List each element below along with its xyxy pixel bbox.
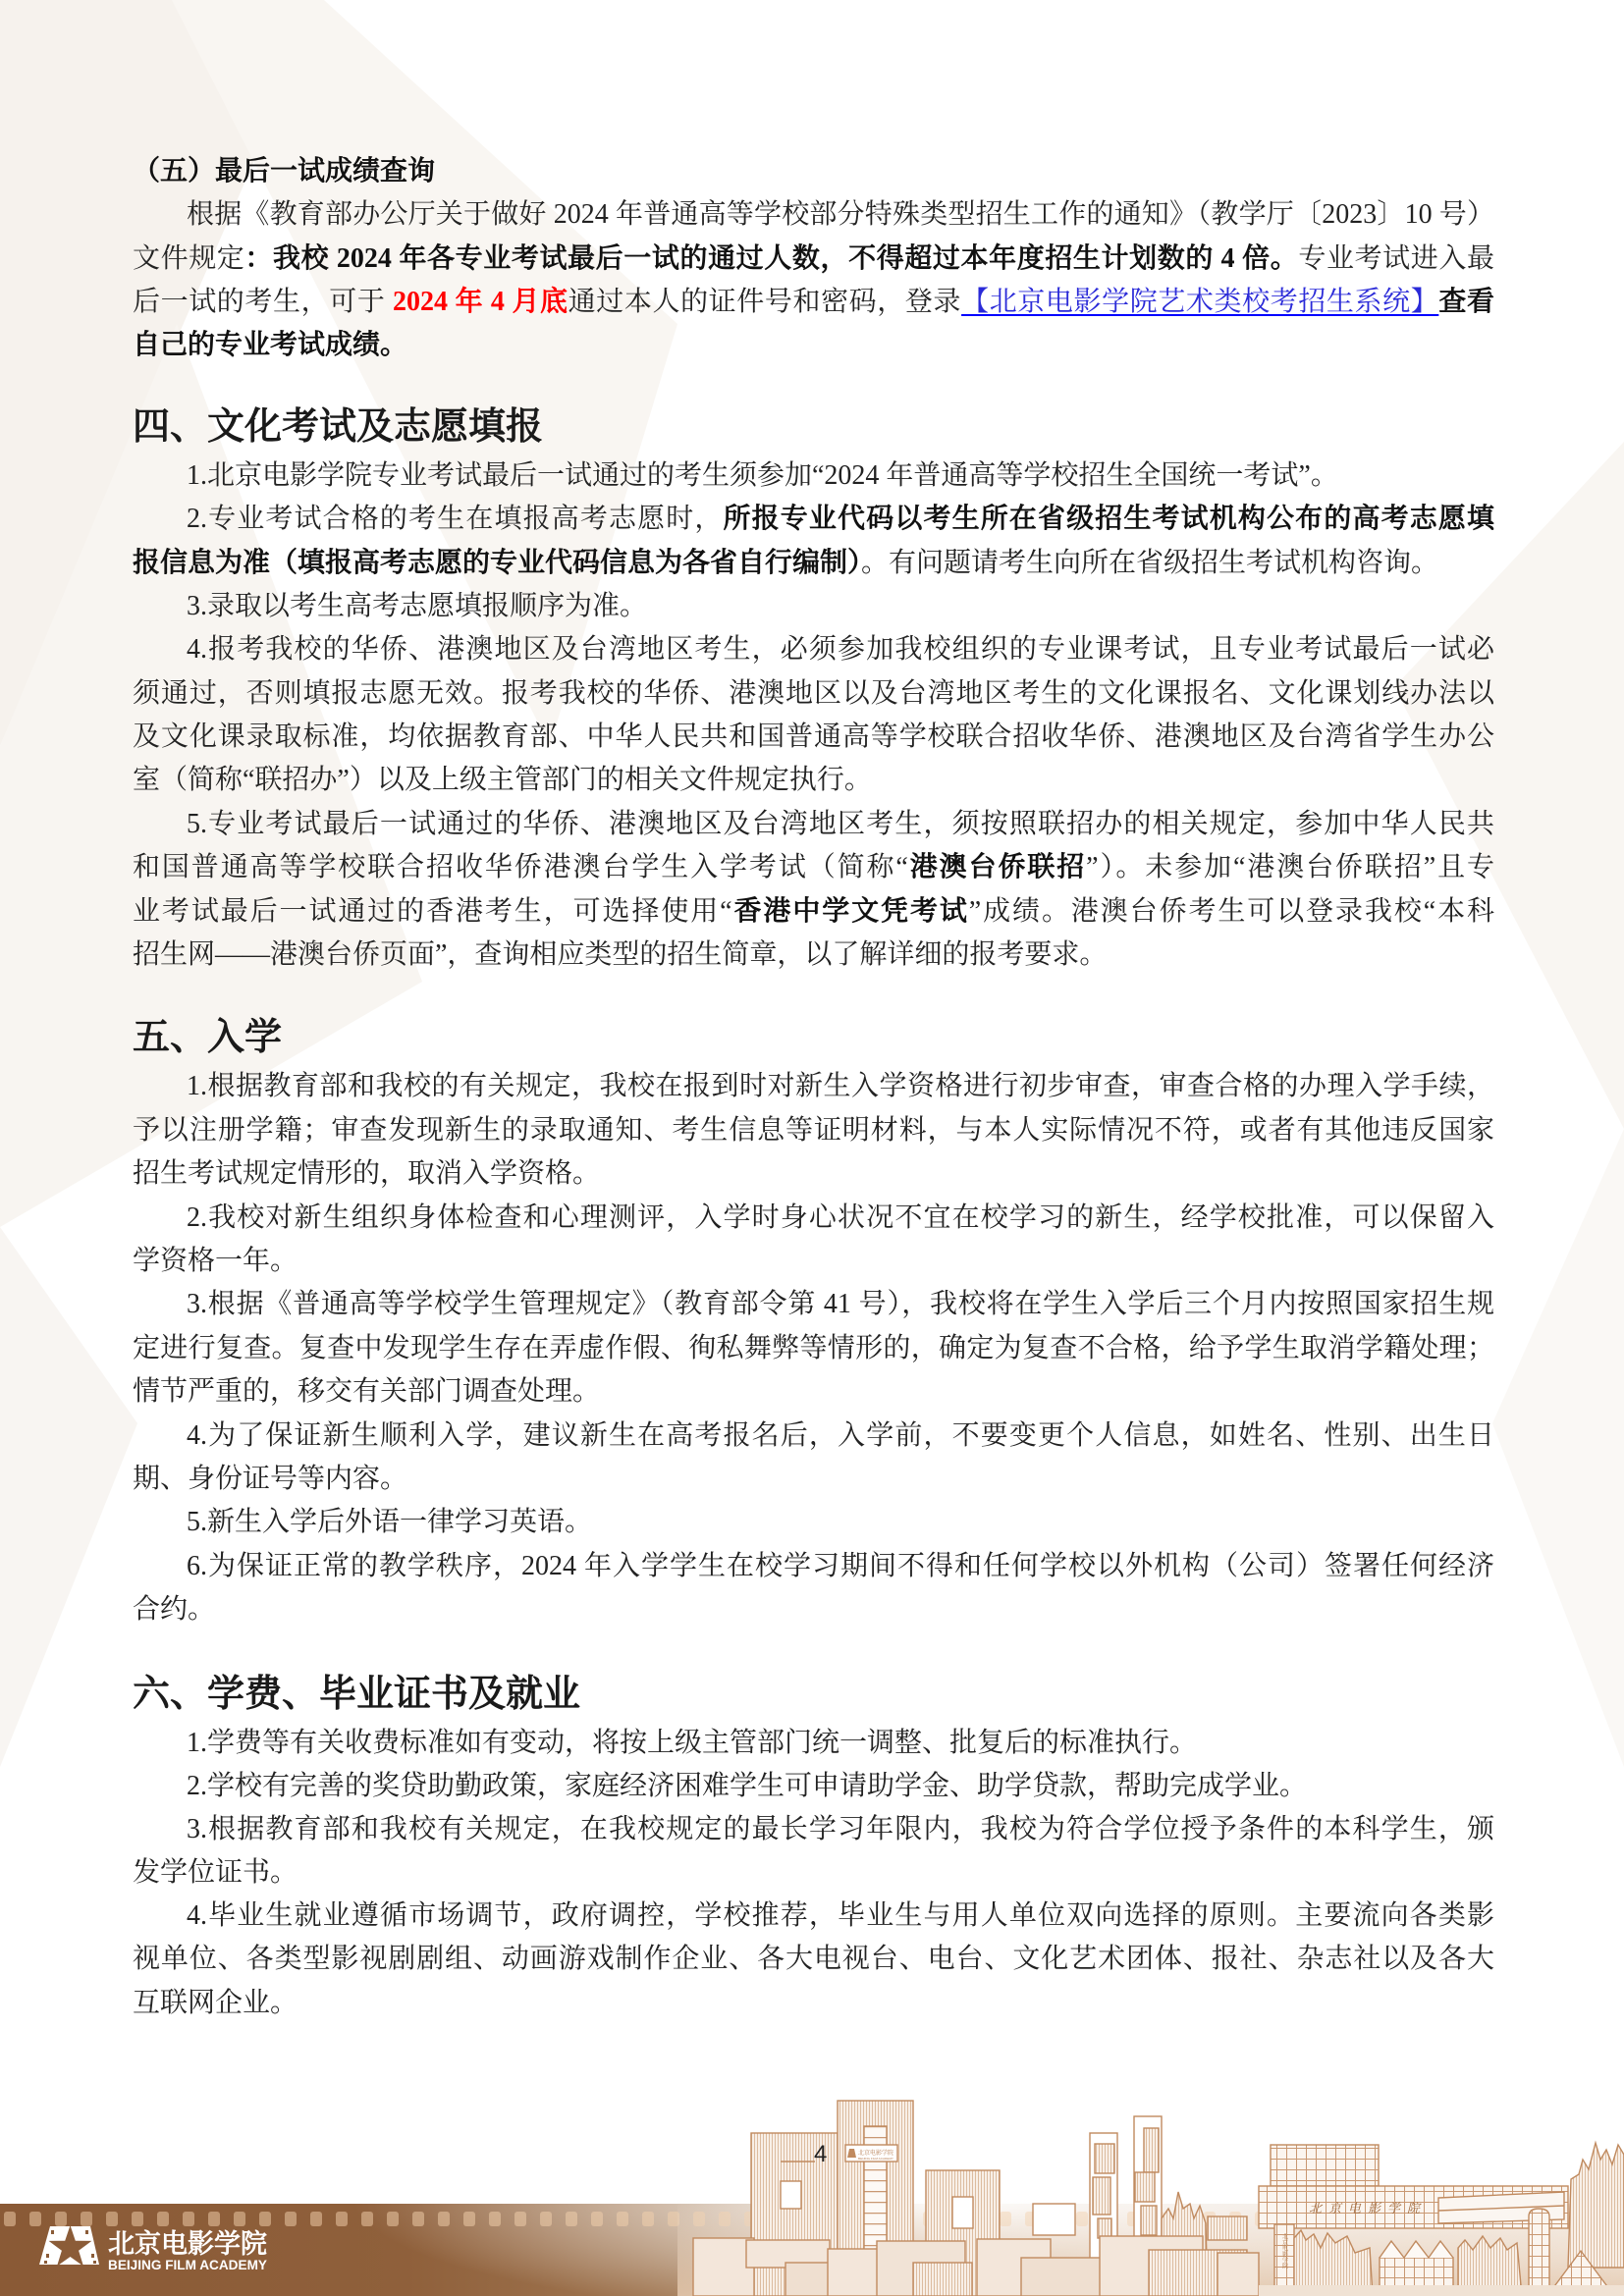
text-segment: 须通过，否则填报志愿无效。报考我校的华侨、港澳地区以及台湾地区考生的文化课报名、… bbox=[133, 678, 1494, 709]
paragraph: 5.专业考试最后一试通过的华侨、港澳地区及台湾地区考生，须按照联招办的相关规定，… bbox=[133, 803, 1494, 978]
logo-name-chinese: 北京电影学院 bbox=[108, 2228, 267, 2260]
text-segment: 2.专业考试合格的考生在填报高考志愿时， bbox=[187, 504, 724, 534]
text-line: 3.根据《普通高等学校学生管理规定》（教育部令第 41 号），我校将在学生入学后… bbox=[133, 1283, 1494, 1326]
bold-text: 查看 bbox=[1438, 287, 1494, 317]
red-emphasis-date: 2024 年 4 月底 bbox=[393, 287, 568, 317]
text-line: 发学位证书。 bbox=[133, 1851, 1494, 1895]
text-segment: 4.报考我校的华侨、港澳地区及台湾地区考生，必须参加我校组织的专业课考试，且专业… bbox=[187, 634, 1494, 665]
building-window bbox=[781, 2181, 801, 2209]
greenhouse bbox=[1380, 2258, 1453, 2287]
text-segment: 招生考试规定情形的，取消入学资格。 bbox=[133, 1158, 600, 1189]
text-line: 报信息为准（填报高考志愿的专业代码信息为各省自行编制）。有问题请考生向所在省级招… bbox=[133, 542, 1494, 585]
footer-banner: 北京电影学院 BEIJING FILM ACADEMY 北京电影学院 BEIJI… bbox=[0, 2061, 1624, 2296]
paragraph: 1.北京电影学院专业考试最后一试通过的考生须参加“2024 年普通高等学校招生全… bbox=[133, 454, 1494, 498]
text-segment: 。有问题请考生向所在省级招生考试机构咨询。 bbox=[861, 548, 1438, 578]
text-segment: 室（简称“联招办”）以及上级主管部门的相关文件规定执行。 bbox=[133, 765, 872, 795]
text-segment: 4.毕业生就业遵循市场调节，政府调控，学校推荐，毕业生与用人单位双向选择的原则。… bbox=[187, 1900, 1494, 1931]
gate-top-block bbox=[1271, 2145, 1379, 2186]
text-line: 情节严重的，移交有关部门调查处理。 bbox=[133, 1370, 1494, 1414]
text-segment: 视单位、各类型影视剧剧组、动画游戏制作企业、各大电视台、电台、文化艺术团体、报社… bbox=[133, 1944, 1494, 1974]
text-line: 5.新生入学后外语一律学习英语。 bbox=[133, 1501, 1494, 1544]
section-culture-exam-and-application: 四、文化考试及志愿填报 1.北京电影学院专业考试最后一试通过的考生须参加“202… bbox=[133, 400, 1494, 978]
gate-right-pillar bbox=[1529, 2209, 1549, 2296]
text-line: 及文化课录取标准，均依据教育部、中华人民共和国普通高等学校联合招收华侨、港澳地区… bbox=[133, 716, 1494, 759]
text-line: 须通过，否则填报志愿无效。报考我校的华侨、港澳地区以及台湾地区考生的文化课报名、… bbox=[133, 672, 1494, 716]
paragraph: 3.根据《普通高等学校学生管理规定》（教育部令第 41 号），我校将在学生入学后… bbox=[133, 1283, 1494, 1414]
text-segment: 情节严重的，移交有关部门调查处理。 bbox=[133, 1376, 600, 1407]
campus-skyline-illustration: 北京电影学院 BEIJING FILM ACADEMY 北京电影学院 bbox=[677, 2101, 1624, 2296]
text-segment: 期、身份证号等内容。 bbox=[133, 1464, 407, 1494]
text-line: 予以注册学籍；审查发现新生的录取通知、考生信息等证明材料，与本人实际情况不符，或… bbox=[133, 1109, 1494, 1152]
text-segment: 5.专业考试最后一试通过的华侨、港澳地区及台湾地区考生，须按照联招办的相关规定，… bbox=[187, 809, 1494, 839]
page-number: 4 bbox=[814, 2141, 827, 2168]
text-line: 4.报考我校的华侨、港澳地区及台湾地区考生，必须参加我校组织的专业课考试，且专业… bbox=[133, 628, 1494, 671]
text-segment: 4.为了保证新生顺利入学，建议新生在高考报名后，入学前，不要变更个人信息，如姓名… bbox=[187, 1420, 1494, 1451]
paragraph: 3.录取以考生高考志愿填报顺序为准。 bbox=[133, 585, 1494, 628]
text-line: 5.专业考试最后一试通过的华侨、港澳地区及台湾地区考生，须按照联招办的相关规定，… bbox=[133, 803, 1494, 846]
text-segment: 和国普通高等学校联合招收华侨港澳台学生入学考试（简称“ bbox=[133, 852, 908, 882]
text-line: 定进行复查。复查中发现学生存在弄虚作假、徇私舞弊等情形的，确定为复查不合格，给予… bbox=[133, 1327, 1494, 1370]
building-window bbox=[952, 2197, 973, 2228]
text-segment: 文件规定 bbox=[133, 243, 244, 274]
text-segment: 及文化课录取标准，均依据教育部、中华人民共和国普通高等学校联合招收华侨、港澳地区… bbox=[133, 721, 1494, 752]
text-line: 2.专业考试合格的考生在填报高考志愿时，所报专业代码以考生所在省级招生考试机构公… bbox=[133, 498, 1494, 541]
section-heading: 六、学费、毕业证书及就业 bbox=[133, 1667, 1494, 1722]
text-segment: 2.我校对新生组织身体检查和心理测评，入学时身心状况不宜在校学习的新生，经学校批… bbox=[187, 1202, 1494, 1233]
text-line: 3.根据教育部和我校有关规定，在我校规定的最长学习年限内，我校为符合学位授予条件… bbox=[133, 1808, 1494, 1851]
section-enrollment: 五、入学 1.根据教育部和我校的有关规定，我校在报到时对新生入学资格进行初步审查… bbox=[133, 1010, 1494, 1631]
section-final-round-results: （五）最后一试成绩查询 根据《教育部办公厅关于做好 2024 年普通高等学校部分… bbox=[133, 150, 1494, 368]
bg-triangle bbox=[0, 1227, 137, 1767]
gate-calligraphy-sign: 北京电影学院 bbox=[1309, 2201, 1427, 2216]
text-line: 1.学费等有关收费标准如有变动，将按上级主管部门统一调整、批复后的标准执行。 bbox=[133, 1722, 1494, 1765]
text-line: 期、身份证号等内容。 bbox=[133, 1458, 1494, 1501]
text-segment: 业考试最后一试通过的香港考生，可选择使用“ bbox=[133, 896, 732, 927]
text-line: 4.毕业生就业遵循市场调节，政府调控，学校推荐，毕业生与用人单位双向选择的原则。… bbox=[133, 1895, 1494, 1938]
text-segment: 根据《教育部办公厅关于做好 2024 年普通高等学校部分特殊类型招生工作的通知》… bbox=[187, 199, 1494, 230]
logo-name-english: BEIJING FILM ACADEMY bbox=[108, 2257, 268, 2272]
text-segment: 互联网企业。 bbox=[133, 1988, 298, 2018]
bold-text: ：我校 2024 年各专业考试最后一试的通过人数，不得超过本年度招生计划数的 4… bbox=[244, 243, 1298, 274]
text-segment: ”成绩。港澳台侨考生可以登录我校“本科 bbox=[969, 896, 1494, 927]
text-segment: ”）。未参加“港澳台侨联招”且专 bbox=[1086, 852, 1494, 882]
building-box bbox=[1033, 2204, 1075, 2235]
text-line: 招生考试规定情形的，取消入学资格。 bbox=[133, 1152, 1494, 1196]
section-heading: 五、入学 bbox=[133, 1010, 1494, 1065]
bold-text: 港澳台侨联招 bbox=[908, 852, 1086, 882]
text-line: 文件规定：我校 2024 年各专业考试最后一试的通过人数，不得超过本年度招生计划… bbox=[133, 238, 1494, 281]
text-segment: 3.根据《普通高等学校学生管理规定》（教育部令第 41 号），我校将在学生入学后… bbox=[187, 1289, 1494, 1319]
text-line: 2.我校对新生组织身体检查和心理测评，入学时身心状况不宜在校学习的新生，经学校批… bbox=[133, 1197, 1494, 1240]
greenhouse-roof bbox=[1380, 2241, 1453, 2258]
paragraph: 1.学费等有关收费标准如有变动，将按上级主管部门统一调整、批复后的标准执行。 bbox=[133, 1722, 1494, 1765]
text-line: 学资格一年。 bbox=[133, 1240, 1494, 1283]
paragraph: 4.毕业生就业遵循市场调节，政府调控，学校推荐，毕业生与用人单位双向选择的原则。… bbox=[133, 1895, 1494, 2025]
text-segment: 学资格一年。 bbox=[133, 1246, 298, 1276]
paragraph: 2.学校有完善的奖贷助勤政策，家庭经济困难学生可申请助学金、助学贷款，帮助完成学… bbox=[133, 1765, 1494, 1808]
building-sign-english: BEIJING FILM ACADEMY bbox=[858, 2157, 893, 2161]
text-line: 自己的专业考试成绩。 bbox=[133, 324, 1494, 367]
text-segment: 招生网——港澳台侨页面”，查询相应类型的招生简章，以了解详细的报考要求。 bbox=[133, 939, 1107, 970]
paragraph: 5.新生入学后外语一律学习英语。 bbox=[133, 1501, 1494, 1544]
text-segment: 通过本人的证件号和密码，登录 bbox=[568, 287, 961, 317]
text-line: 1.北京电影学院专业考试最后一试通过的考生须参加“2024 年普通高等学校招生全… bbox=[133, 454, 1494, 498]
subheading: （五）最后一试成绩查询 bbox=[133, 150, 1494, 193]
building-logo-sign: 北京电影学院 BEIJING FILM ACADEMY bbox=[845, 2145, 897, 2162]
text-line: 互联网企业。 bbox=[133, 1982, 1494, 2025]
text-line: 1.根据教育部和我校的有关规定，我校在报到时对新生入学资格进行初步审查，审查合格… bbox=[133, 1065, 1494, 1108]
section-heading: 四、文化考试及志愿填报 bbox=[133, 400, 1494, 454]
pillar-sign: 北京电影学院 bbox=[1281, 2232, 1288, 2269]
text-line: 视单位、各类型影视剧剧组、动画游戏制作企业、各大电视台、电台、文化艺术团体、报社… bbox=[133, 1938, 1494, 1981]
bold-text: 自己的专业考试成绩。 bbox=[133, 330, 407, 360]
text-line: 招生网——港澳台侨页面”，查询相应类型的招生简章，以了解详细的报考要求。 bbox=[133, 934, 1494, 977]
bold-text: 香港中学文凭考试 bbox=[732, 896, 969, 927]
paragraph: 6.为保证正常的教学秩序，2024 年入学学生在校学习期间不得和任何学校以外机构… bbox=[133, 1545, 1494, 1632]
document-body: （五）最后一试成绩查询 根据《教育部办公厅关于做好 2024 年普通高等学校部分… bbox=[133, 150, 1494, 2025]
text-line: 根据《教育部办公厅关于做好 2024 年普通高等学校部分特殊类型招生工作的通知》… bbox=[133, 193, 1494, 237]
text-segment: 5.新生入学后外语一律学习英语。 bbox=[187, 1507, 592, 1537]
text-line: 6.为保证正常的教学秩序，2024 年入学学生在校学习期间不得和任何学校以外机构… bbox=[133, 1545, 1494, 1588]
text-segment: 3.根据教育部和我校有关规定，在我校规定的最长学习年限内，我校为符合学位授予条件… bbox=[187, 1814, 1494, 1844]
text-line: 2.学校有完善的奖贷助勤政策，家庭经济困难学生可申请助学金、助学贷款，帮助完成学… bbox=[133, 1765, 1494, 1808]
text-segment: 1.根据教育部和我校的有关规定，我校在报到时对新生入学资格进行初步审查，审查合格… bbox=[187, 1071, 1494, 1101]
text-segment: 定进行复查。复查中发现学生存在弄虚作假、徇私舞弊等情形的，确定为复查不合格，给予… bbox=[133, 1333, 1494, 1363]
paragraph: 根据《教育部办公厅关于做好 2024 年普通高等学校部分特殊类型招生工作的通知》… bbox=[133, 193, 1494, 368]
text-line: 室（简称“联招办”）以及上级主管部门的相关文件规定执行。 bbox=[133, 759, 1494, 802]
text-segment: 1.学费等有关收费标准如有变动，将按上级主管部门统一调整、批复后的标准执行。 bbox=[187, 1728, 1197, 1758]
text-line: 合约。 bbox=[133, 1588, 1494, 1631]
section-tuition-degree-employment: 六、学费、毕业证书及就业 1.学费等有关收费标准如有变动，将按上级主管部门统一调… bbox=[133, 1667, 1494, 2025]
paragraph: 4.为了保证新生顺利入学，建议新生在高考报名后，入学前，不要变更个人信息，如姓名… bbox=[133, 1415, 1494, 1502]
paragraph: 2.专业考试合格的考生在填报高考志愿时，所报专业代码以考生所在省级招生考试机构公… bbox=[133, 498, 1494, 585]
paragraph: 3.根据教育部和我校有关规定，在我校规定的最长学习年限内，我校为符合学位授予条件… bbox=[133, 1808, 1494, 1895]
text-segment: 2.学校有完善的奖贷助勤政策，家庭经济困难学生可申请助学金、助学贷款，帮助完成学… bbox=[187, 1771, 1307, 1801]
text-segment: 予以注册学籍；审查发现新生的录取通知、考生信息等证明材料，与本人实际情况不符，或… bbox=[133, 1115, 1494, 1146]
paragraph: 2.我校对新生组织身体检查和心理测评，入学时身心状况不宜在校学习的新生，经学校批… bbox=[133, 1197, 1494, 1284]
bold-text: 报信息为准（填报高考志愿的专业代码信息为各省自行编制） bbox=[133, 548, 861, 578]
bg-triangle bbox=[1492, 1129, 1624, 1767]
paragraph: 1.根据教育部和我校的有关规定，我校在报到时对新生入学资格进行初步审查，审查合格… bbox=[133, 1065, 1494, 1196]
text-line: 4.为了保证新生顺利入学，建议新生在高考报名后，入学前，不要变更个人信息，如姓名… bbox=[133, 1415, 1494, 1458]
text-line: 后一试的考生，可于 2024 年 4 月底通过本人的证件号和密码，登录【北京电影… bbox=[133, 281, 1494, 324]
text-segment: 发学位证书。 bbox=[133, 1857, 298, 1888]
text-segment: 后一试的考生，可于 bbox=[133, 287, 393, 317]
text-line: 和国普通高等学校联合招收华侨港澳台学生入学考试（简称“港澳台侨联招”）。未参加“… bbox=[133, 846, 1494, 889]
text-segment: 专业考试进入最 bbox=[1298, 243, 1494, 274]
admission-system-link[interactable]: 【北京电影学院艺术类校考招生系统】 bbox=[961, 287, 1438, 317]
bold-text: 所报专业代码以考生所在省级招生考试机构公布的高考志愿填 bbox=[724, 504, 1494, 534]
text-segment: 3.录取以考生高考志愿填报顺序为准。 bbox=[187, 591, 647, 621]
text-line: 业考试最后一试通过的香港考生，可选择使用“香港中学文凭考试”成绩。港澳台侨考生可… bbox=[133, 890, 1494, 934]
text-segment: 6.为保证正常的教学秩序，2024 年入学学生在校学习期间不得和任何学校以外机构… bbox=[187, 1551, 1494, 1581]
building-sign-chinese: 北京电影学院 bbox=[858, 2149, 893, 2157]
paragraph: 4.报考我校的华侨、港澳地区及台湾地区考生，必须参加我校组织的专业课考试，且专业… bbox=[133, 628, 1494, 803]
text-segment: 合约。 bbox=[133, 1594, 215, 1625]
text-segment: 1.北京电影学院专业考试最后一试通过的考生须参加“2024 年普通高等学校招生全… bbox=[187, 460, 1338, 491]
text-line: 3.录取以考生高考志愿填报顺序为准。 bbox=[133, 585, 1494, 628]
